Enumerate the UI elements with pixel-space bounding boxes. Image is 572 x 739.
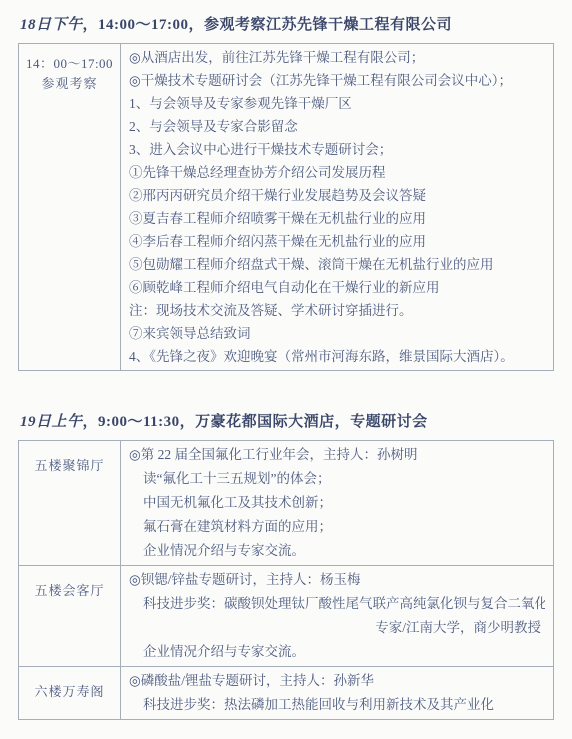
seminar-line: ◎钡锶/锌盐专题研讨，主持人：杨玉梅	[129, 568, 545, 592]
seminar-agenda-cell: ◎第 22 届全国氟化工行业年会，主持人：孙树明 读“氟化工十三五规划”的体会；…	[121, 441, 554, 566]
visit-agenda-cell: ◎从酒店出发，前往江苏先锋干燥工程有限公司； ◎干燥技术专题研讨会（江苏先锋干燥…	[121, 44, 554, 371]
agenda-line: ◎干燥技术专题研讨会（江苏先锋干燥工程有限公司会议中心）；	[129, 69, 545, 92]
section1-heading-date: 18日下午	[20, 17, 83, 33]
agenda-line: 3、进入会议中心进行干燥技术专题研讨会；	[129, 138, 545, 161]
seminar-line: 企业情况介绍与专家交流。	[129, 539, 545, 563]
time-cell: 14：00～17:00 参观考察	[19, 44, 121, 371]
seminar-line: ◎磷酸盐/锂盐专题研讨，主持人：孙新华	[129, 669, 545, 693]
agenda-line: ⑦来宾领导总结致词	[129, 322, 545, 345]
seminar-agenda-cell: ◎钡锶/锌盐专题研讨，主持人：杨玉梅 科技进步奖：碳酸钡处理钛厂酸性尾气联产高纯…	[121, 566, 554, 667]
seminar-line: 企业情况介绍与专家交流。	[129, 640, 545, 664]
seminar-expert-line: 专家/江南大学，商少明教授	[129, 616, 545, 640]
table-row-room-1: 五楼聚锦厅 ◎第 22 届全国氟化工行业年会，主持人：孙树明 读“氟化工十三五规…	[19, 441, 554, 566]
seminar-agenda-cell: ◎磷酸盐/锂盐专题研讨，主持人：孙新华 科技进步奖：热法磷加工热能回收与利用新技…	[121, 667, 554, 720]
agenda-line: 2、与会领导及专家合影留念	[129, 115, 545, 138]
agenda-line: ⑤包勋耀工程师介绍盘式干燥、滚筒干燥在无机盐行业的应用	[129, 253, 545, 276]
seminar-line: 科技进步奖：碳酸钡处理钛厂酸性尾气联产高纯氯化钡与复合二氧化钛	[129, 592, 545, 616]
seminar-line: ◎第 22 届全国氟化工行业年会，主持人：孙树明	[129, 443, 545, 467]
seminar-line: 中国无机氟化工及其技术创新；	[129, 491, 545, 515]
time-range: 14：00～17:00	[20, 54, 119, 74]
agenda-line: ②邢丙丙研究员介绍干燥行业发展趋势及会议答疑	[129, 184, 545, 207]
seminar-line: 科技进步奖：热法磷加工热能回收与利用新技术及其产业化	[129, 693, 545, 717]
section2-heading: 19日上午，9:00～11:30，万豪花都国际大酒店，专题研讨会	[0, 397, 572, 440]
seminar-table: 五楼聚锦厅 ◎第 22 届全国氟化工行业年会，主持人：孙树明 读“氟化工十三五规…	[18, 440, 554, 720]
room-cell: 五楼会客厅	[19, 566, 121, 667]
agenda-line: 4、《先锋之夜》欢迎晚宴（常州市河海东路，维景国际大酒店）。	[129, 345, 545, 368]
agenda-line: ④李后春工程师介绍闪蒸干燥在无机盐行业的应用	[129, 230, 545, 253]
room-name: 五楼会客厅	[20, 576, 119, 602]
agenda-line: 1、与会领导及专家参观先锋干燥厂区	[129, 92, 545, 115]
seminar-line: 氟石膏在建筑材料方面的应用；	[129, 515, 545, 539]
agenda-line: ⑥顾乾峰工程师介绍电气自动化在干燥行业的新应用	[129, 276, 545, 299]
seminar-line: 读“氟化工十三五规划”的体会；	[129, 467, 545, 491]
activity-label: 参观考察	[20, 74, 119, 94]
conference-program-page: 18日下午，14:00～17:00，参观考察江苏先锋干燥工程有限公司 14：00…	[0, 0, 572, 739]
room-cell: 五楼聚锦厅	[19, 441, 121, 566]
room-cell: 六楼万寿阁	[19, 667, 121, 720]
section-gap	[0, 371, 572, 397]
section1-heading: 18日下午，14:00～17:00，参观考察江苏先锋干燥工程有限公司	[0, 0, 572, 43]
agenda-line: ◎从酒店出发，前往江苏先锋干燥工程有限公司；	[129, 46, 545, 69]
agenda-line: ③夏吉春工程师介绍喷雾干燥在无机盐行业的应用	[129, 207, 545, 230]
table-row: 14：00～17:00 参观考察 ◎从酒店出发，前往江苏先锋干燥工程有限公司； …	[19, 44, 554, 371]
section2-heading-date: 19日上午	[20, 414, 83, 430]
room-name: 五楼聚锦厅	[20, 451, 119, 477]
visit-schedule-table: 14：00～17:00 参观考察 ◎从酒店出发，前往江苏先锋干燥工程有限公司； …	[18, 43, 554, 371]
room-name: 六楼万寿阁	[20, 677, 119, 703]
agenda-line: 注：现场技术交流及答疑、学术研讨穿插进行。	[129, 299, 545, 322]
section2-heading-rest: ，9:00～11:30，万豪花都国际大酒店，专题研讨会	[83, 414, 428, 430]
agenda-line: ①先锋干燥总经理查协芳介绍公司发展历程	[129, 161, 545, 184]
table-row-room-2: 五楼会客厅 ◎钡锶/锌盐专题研讨，主持人：杨玉梅 科技进步奖：碳酸钡处理钛厂酸性…	[19, 566, 554, 667]
table-row-room-3: 六楼万寿阁 ◎磷酸盐/锂盐专题研讨，主持人：孙新华 科技进步奖：热法磷加工热能回…	[19, 667, 554, 720]
section1-heading-rest: ，14:00～17:00，参观考察江苏先锋干燥工程有限公司	[83, 17, 453, 33]
